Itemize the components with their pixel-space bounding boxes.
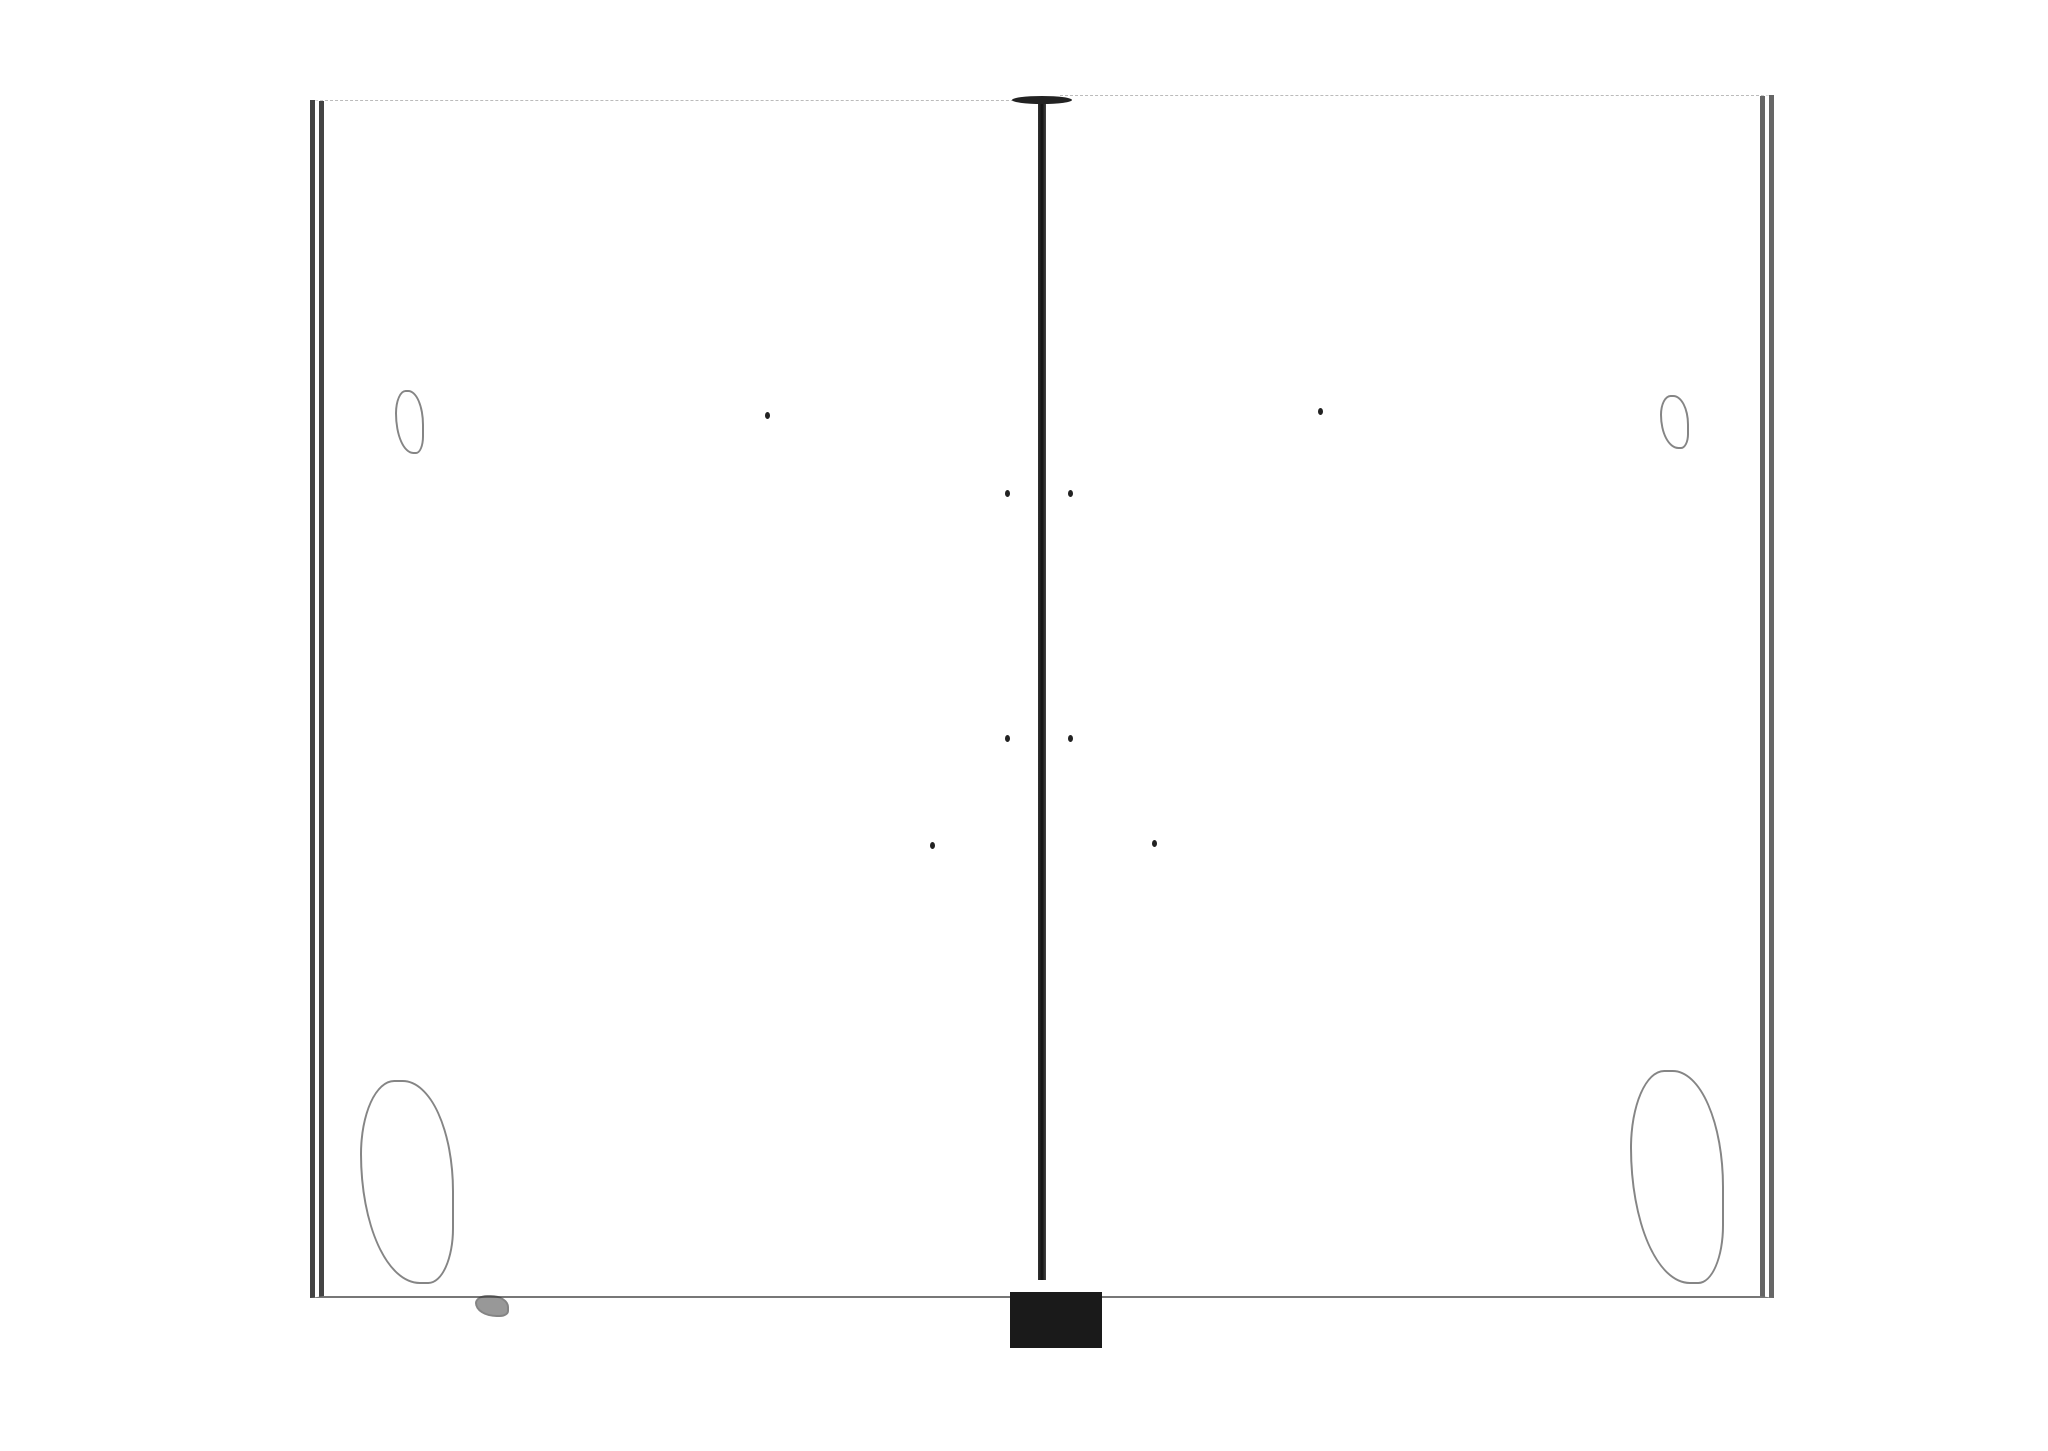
binding-hole — [1005, 735, 1010, 742]
book-spine — [1038, 100, 1046, 1280]
spine-label-block — [1010, 1292, 1102, 1348]
speck — [1318, 408, 1323, 415]
binding-hole — [1005, 490, 1010, 497]
binding-hole — [1068, 735, 1073, 742]
speck — [765, 412, 770, 419]
speck — [1152, 840, 1157, 847]
binding-hole — [1068, 490, 1073, 497]
speck — [930, 842, 935, 849]
stain-mark — [475, 1295, 509, 1317]
spine-top — [1012, 96, 1072, 104]
